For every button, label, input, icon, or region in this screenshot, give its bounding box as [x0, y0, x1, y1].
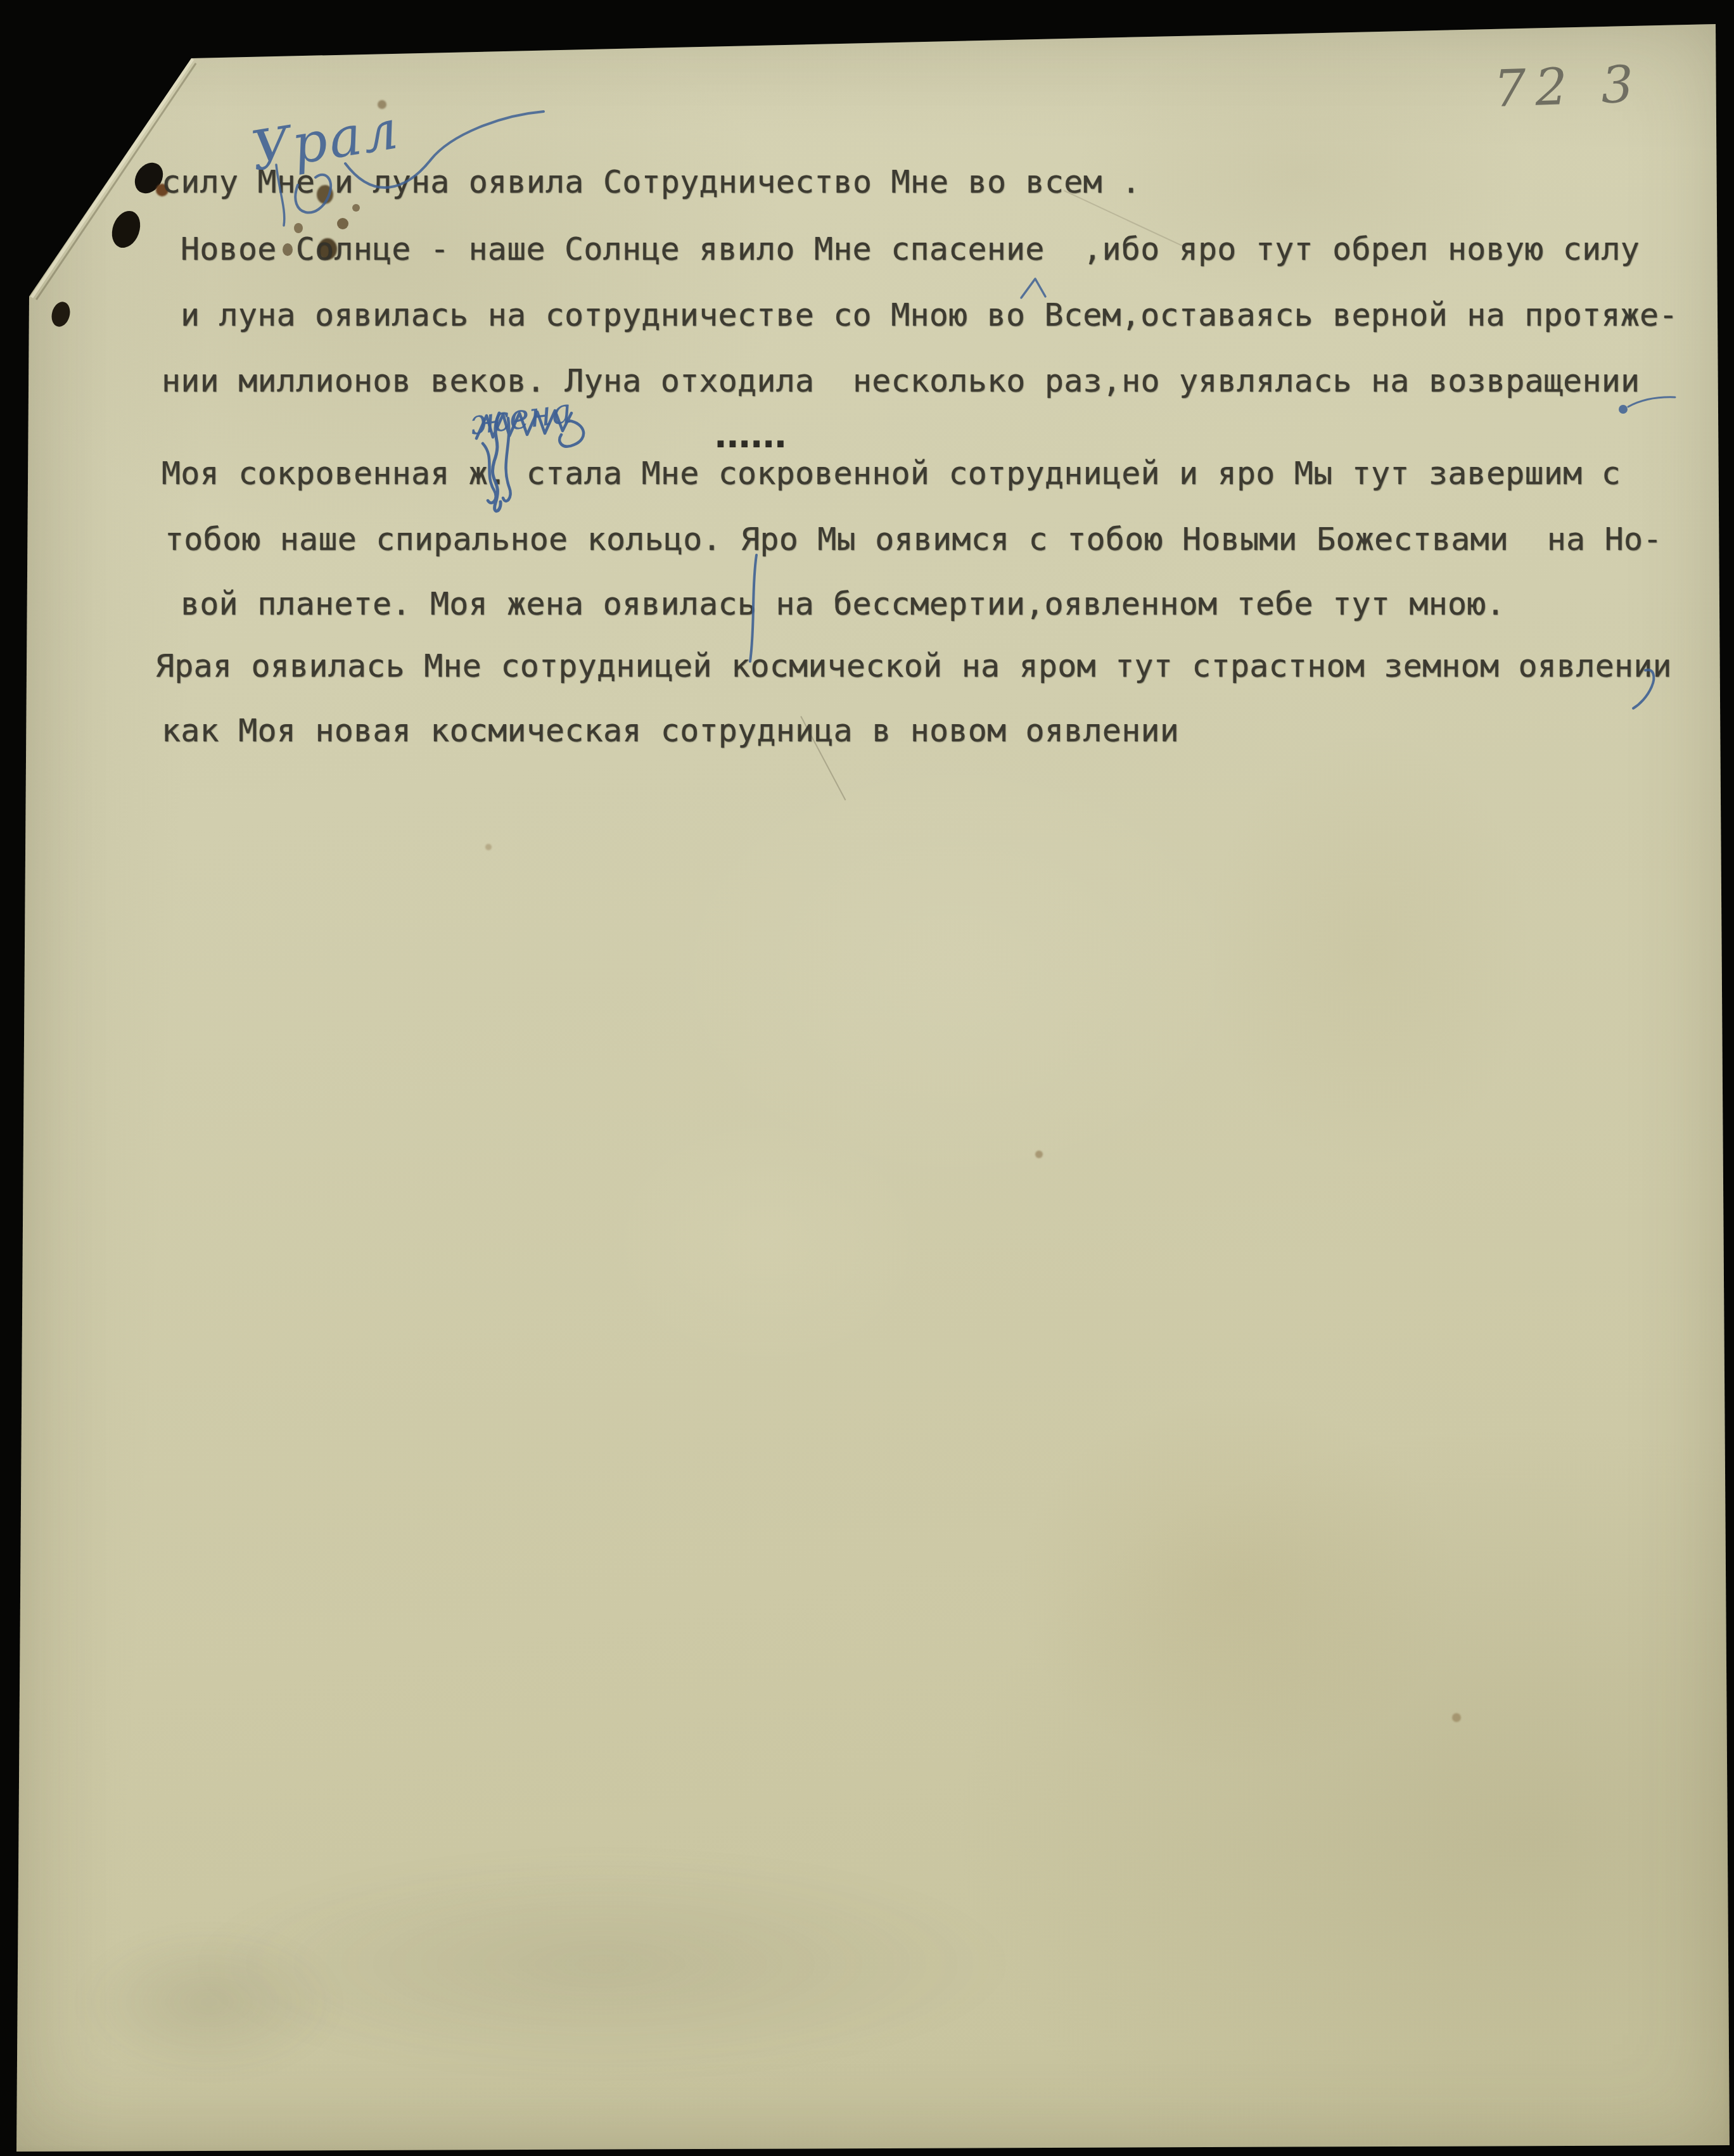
scan-background: 72 3 Урал жена силу Мне и луна оявила Со…	[0, 0, 1734, 2156]
rust-spot	[19, 181, 29, 196]
struck-text: ж.	[469, 455, 507, 492]
ink-dot-dash-mark	[1619, 397, 1675, 414]
typed-line-5: Моя сокровенная ж. стала Мне сокровенной…	[162, 457, 1621, 489]
staple-stain	[107, 207, 145, 252]
page-number: 72 3	[1493, 54, 1643, 118]
rust-spot	[1452, 1713, 1461, 1722]
stain	[1204, 729, 1533, 1172]
separator-dots: ......	[710, 413, 782, 456]
typed-segment: Моя сокровенная	[162, 455, 469, 492]
typed-line-8: Ярая оявилась Мне сотрудницей космическо…	[155, 650, 1672, 682]
typed-line-1: силу Мне и луна оявила Сотрудничество Мн…	[162, 166, 1140, 198]
typed-line-9: как Моя новая космическая сотрудница в н…	[162, 715, 1179, 746]
ink-blot	[337, 218, 348, 229]
typed-line-3: и луна оявилась на сотрудничестве со Мно…	[181, 299, 1678, 331]
typed-line-4: нии миллионов веков. Луна отходила неско…	[162, 365, 1640, 397]
rust-spot	[485, 844, 492, 850]
paper-sheet: 72 3 Урал жена силу Мне и луна оявила Со…	[0, 0, 1734, 2156]
stain	[602, 1109, 931, 1375]
typed-line-7: вой планете. Моя жена оявилась на бессме…	[181, 588, 1505, 620]
staple-stain	[49, 300, 72, 329]
stain	[1014, 1394, 1457, 1774]
typed-line-6: тобою наше спиральное кольцо. Яро Мы ояв…	[165, 523, 1662, 555]
ink-blot	[352, 204, 360, 212]
ink-caret-mark	[1021, 279, 1045, 298]
typed-segment: стала Мне сокровенной сотрудницей и яро …	[507, 455, 1621, 492]
rust-spot	[1035, 1151, 1043, 1158]
rust-spot	[18, 258, 26, 270]
typed-line-2: Новое Солнце - наше Солнце явило Мне спа…	[181, 233, 1640, 265]
ghost-bleed	[76, 1926, 342, 2078]
